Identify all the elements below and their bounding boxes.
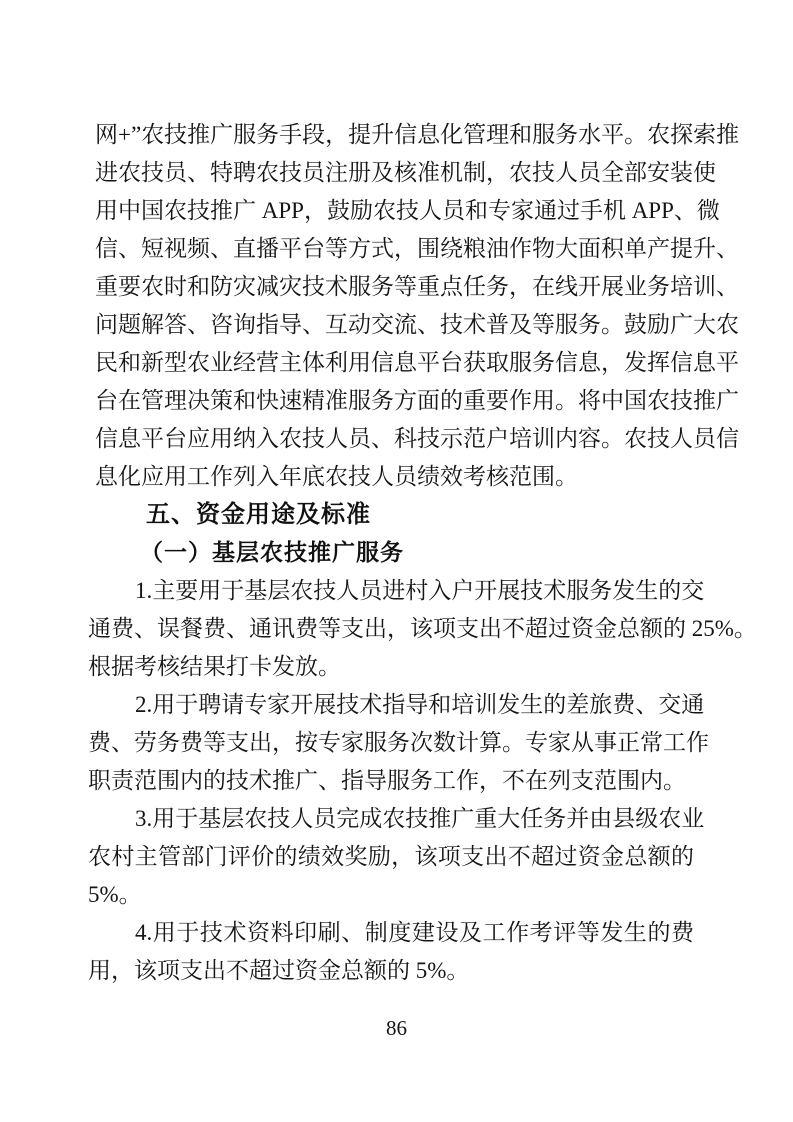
document-page: 网+”农技推广服务手段，提升信息化管理和服务水平。农探索推 进农技员、特聘农技员… [0,0,793,1122]
paragraph-3: 3.用于基层农技人员完成农技推广重大任务并由县级农业 农村主管部门评价的绩效奖励… [88,800,694,914]
body-line: 信息平台应用纳入农技人员、科技示范户培训内容。农技人员信 [95,420,710,458]
paragraph-line: 3.用于基层农技人员完成农技推广重大任务并由县级农业 [88,800,694,838]
body-line: 问题解答、咨询指导、互动交流、技术普及等服务。鼓励广大农 [95,306,710,344]
paragraph-line: 4.用于技术资料印刷、制度建设及工作考评等发生的费 [88,914,694,952]
body-line: 网+”农技推广服务手段，提升信息化管理和服务水平。农探索推 [95,116,710,154]
page-number: 86 [0,1009,793,1047]
body-line: 进农技员、特聘农技员注册及核准机制，农技人员全部安装使 [95,154,710,192]
paragraph-line: 职责范围内的技术推广、指导服务工作，不在列支范围内。 [88,762,694,800]
document-body: 网+”农技推广服务手段，提升信息化管理和服务水平。农探索推 进农技员、特聘农技员… [88,116,694,990]
body-line: 重要农时和防灾减灾技术服务等重点任务，在线开展业务培训、 [95,268,710,306]
body-line: 台在管理决策和快速精准服务方面的重要作用。将中国农技推广 [95,382,710,420]
body-line: 信、短视频、直播平台等方式，围绕粮油作物大面积单产提升、 [95,230,710,268]
section-heading: 五、资金用途及标准 [146,496,694,534]
body-line: 息化应用工作列入年底农技人员绩效考核范围。 [95,458,710,496]
paragraph-line: 通费、误餐费、通讯费等支出，该项支出不超过资金总额的 25%。 [88,610,694,648]
body-line: 民和新型农业经营主体利用信息平台获取服务信息，发挥信息平 [95,344,710,382]
paragraph-line: 根据考核结果打卡发放。 [88,648,694,686]
paragraph-line: 1.主要用于基层农技人员进村入户开展技术服务发生的交 [88,572,694,610]
body-line: 用中国农技推广 APP，鼓励农技人员和专家通过手机 APP、微 [95,192,710,230]
paragraph-1: 1.主要用于基层农技人员进村入户开展技术服务发生的交 通费、误餐费、通讯费等支出… [88,572,694,686]
paragraph-line: 5%。 [88,876,694,914]
continuation-paragraph: 网+”农技推广服务手段，提升信息化管理和服务水平。农探索推 进农技员、特聘农技员… [95,116,710,496]
paragraph-line: 2.用于聘请专家开展技术指导和培训发生的差旅费、交通 [88,686,694,724]
paragraph-line: 用，该项支出不超过资金总额的 5%。 [88,952,694,990]
paragraph-line: 农村主管部门评价的绩效奖励，该项支出不超过资金总额的 [88,838,694,876]
paragraph-2: 2.用于聘请专家开展技术指导和培训发生的差旅费、交通 费、劳务费等支出，按专家服… [88,686,694,800]
paragraph-4: 4.用于技术资料印刷、制度建设及工作考评等发生的费 用，该项支出不超过资金总额的… [88,914,694,990]
paragraph-line: 费、劳务费等支出，按专家服务次数计算。专家从事正常工作 [88,724,694,762]
subsection-heading: （一）基层农技推广服务 [140,534,694,572]
